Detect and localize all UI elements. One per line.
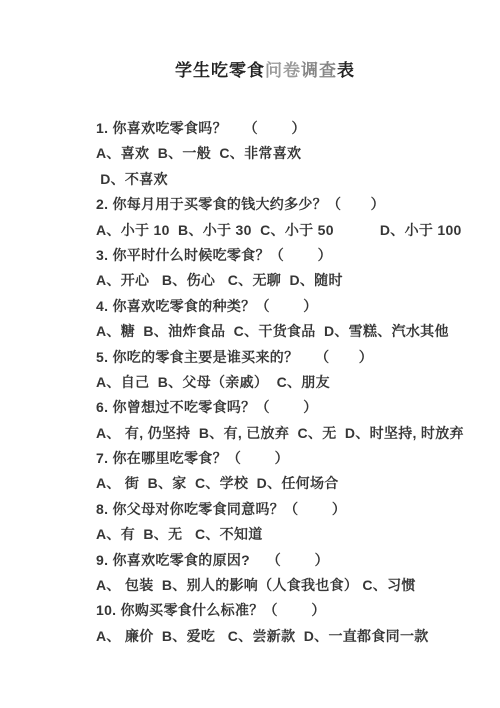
question-3-options: A、开心 B、伤心 C、无聊 D、随时 (96, 268, 470, 293)
question-3: 3. 你平时什么时候吃零食？（ ） (96, 243, 470, 268)
question-6: 6. 你曾想过不吃零食吗？（ ） (96, 395, 470, 420)
question-5: 5. 你吃的零食主要是谁买来的？ （ ） (96, 345, 470, 370)
question-1-options-line-2: D、不喜欢 (96, 167, 470, 192)
question-8: 8. 你父母对你吃零食同意吗？（ ） (96, 497, 470, 522)
question-9: 9. 你喜欢吃零食的原因? （ ） (96, 548, 470, 573)
question-8-options: A、有 B、无 C、不知道 (96, 522, 470, 547)
question-2: 2. 你每月用于买零食的钱大约多少？（ ） (96, 192, 470, 217)
question-7-options: A、 街 B、家 C、学校 D、任何场合 (96, 471, 470, 496)
question-2-options: A、小于 10 B、小于 30 C、小于 50 D、小于 100 (96, 218, 470, 243)
title-part-3: 调查 (301, 61, 337, 80)
page-title: 学生吃零食问卷调查表 (0, 0, 500, 81)
title-part-4: 表 (337, 61, 355, 80)
questionnaire-page: 学生吃零食问卷调查表 1. 你喜欢吃零食吗？ （ ） A、喜欢 B、一般 C、非… (0, 0, 500, 708)
question-10-options: A、 廉价 B、爱吃 C、尝新款 D、一直都食同一款 (96, 624, 470, 649)
question-7: 7. 你在哪里吃零食？（ ） (96, 446, 470, 471)
question-4-options: A、糖 B、油炸食品 C、干货食品 D、雪糕、汽水其他 (96, 319, 470, 344)
question-1-options-line-1: A、喜欢 B、一般 C、非常喜欢 (96, 141, 470, 166)
title-part-2: 问卷 (265, 61, 301, 80)
question-6-options: A、 有, 仍坚持 B、有, 已放弃 C、无 D、时坚持, 时放弃 (96, 421, 470, 446)
questionnaire-body: 1. 你喜欢吃零食吗？ （ ） A、喜欢 B、一般 C、非常喜欢 D、不喜欢 2… (0, 116, 500, 649)
question-5-options: A、自己 B、父母（亲戚） C、朋友 (96, 370, 470, 395)
title-part-1: 学生吃零食 (175, 61, 265, 80)
question-4: 4. 你喜欢吃零食的种类？（ ） (96, 294, 470, 319)
question-10: 10. 你购买零食什么标准？（ ） (96, 598, 470, 623)
question-1: 1. 你喜欢吃零食吗？ （ ） (96, 116, 470, 141)
question-9-options: A、 包装 B、别人的影响（人食我也食） C、习惯 (96, 573, 470, 598)
